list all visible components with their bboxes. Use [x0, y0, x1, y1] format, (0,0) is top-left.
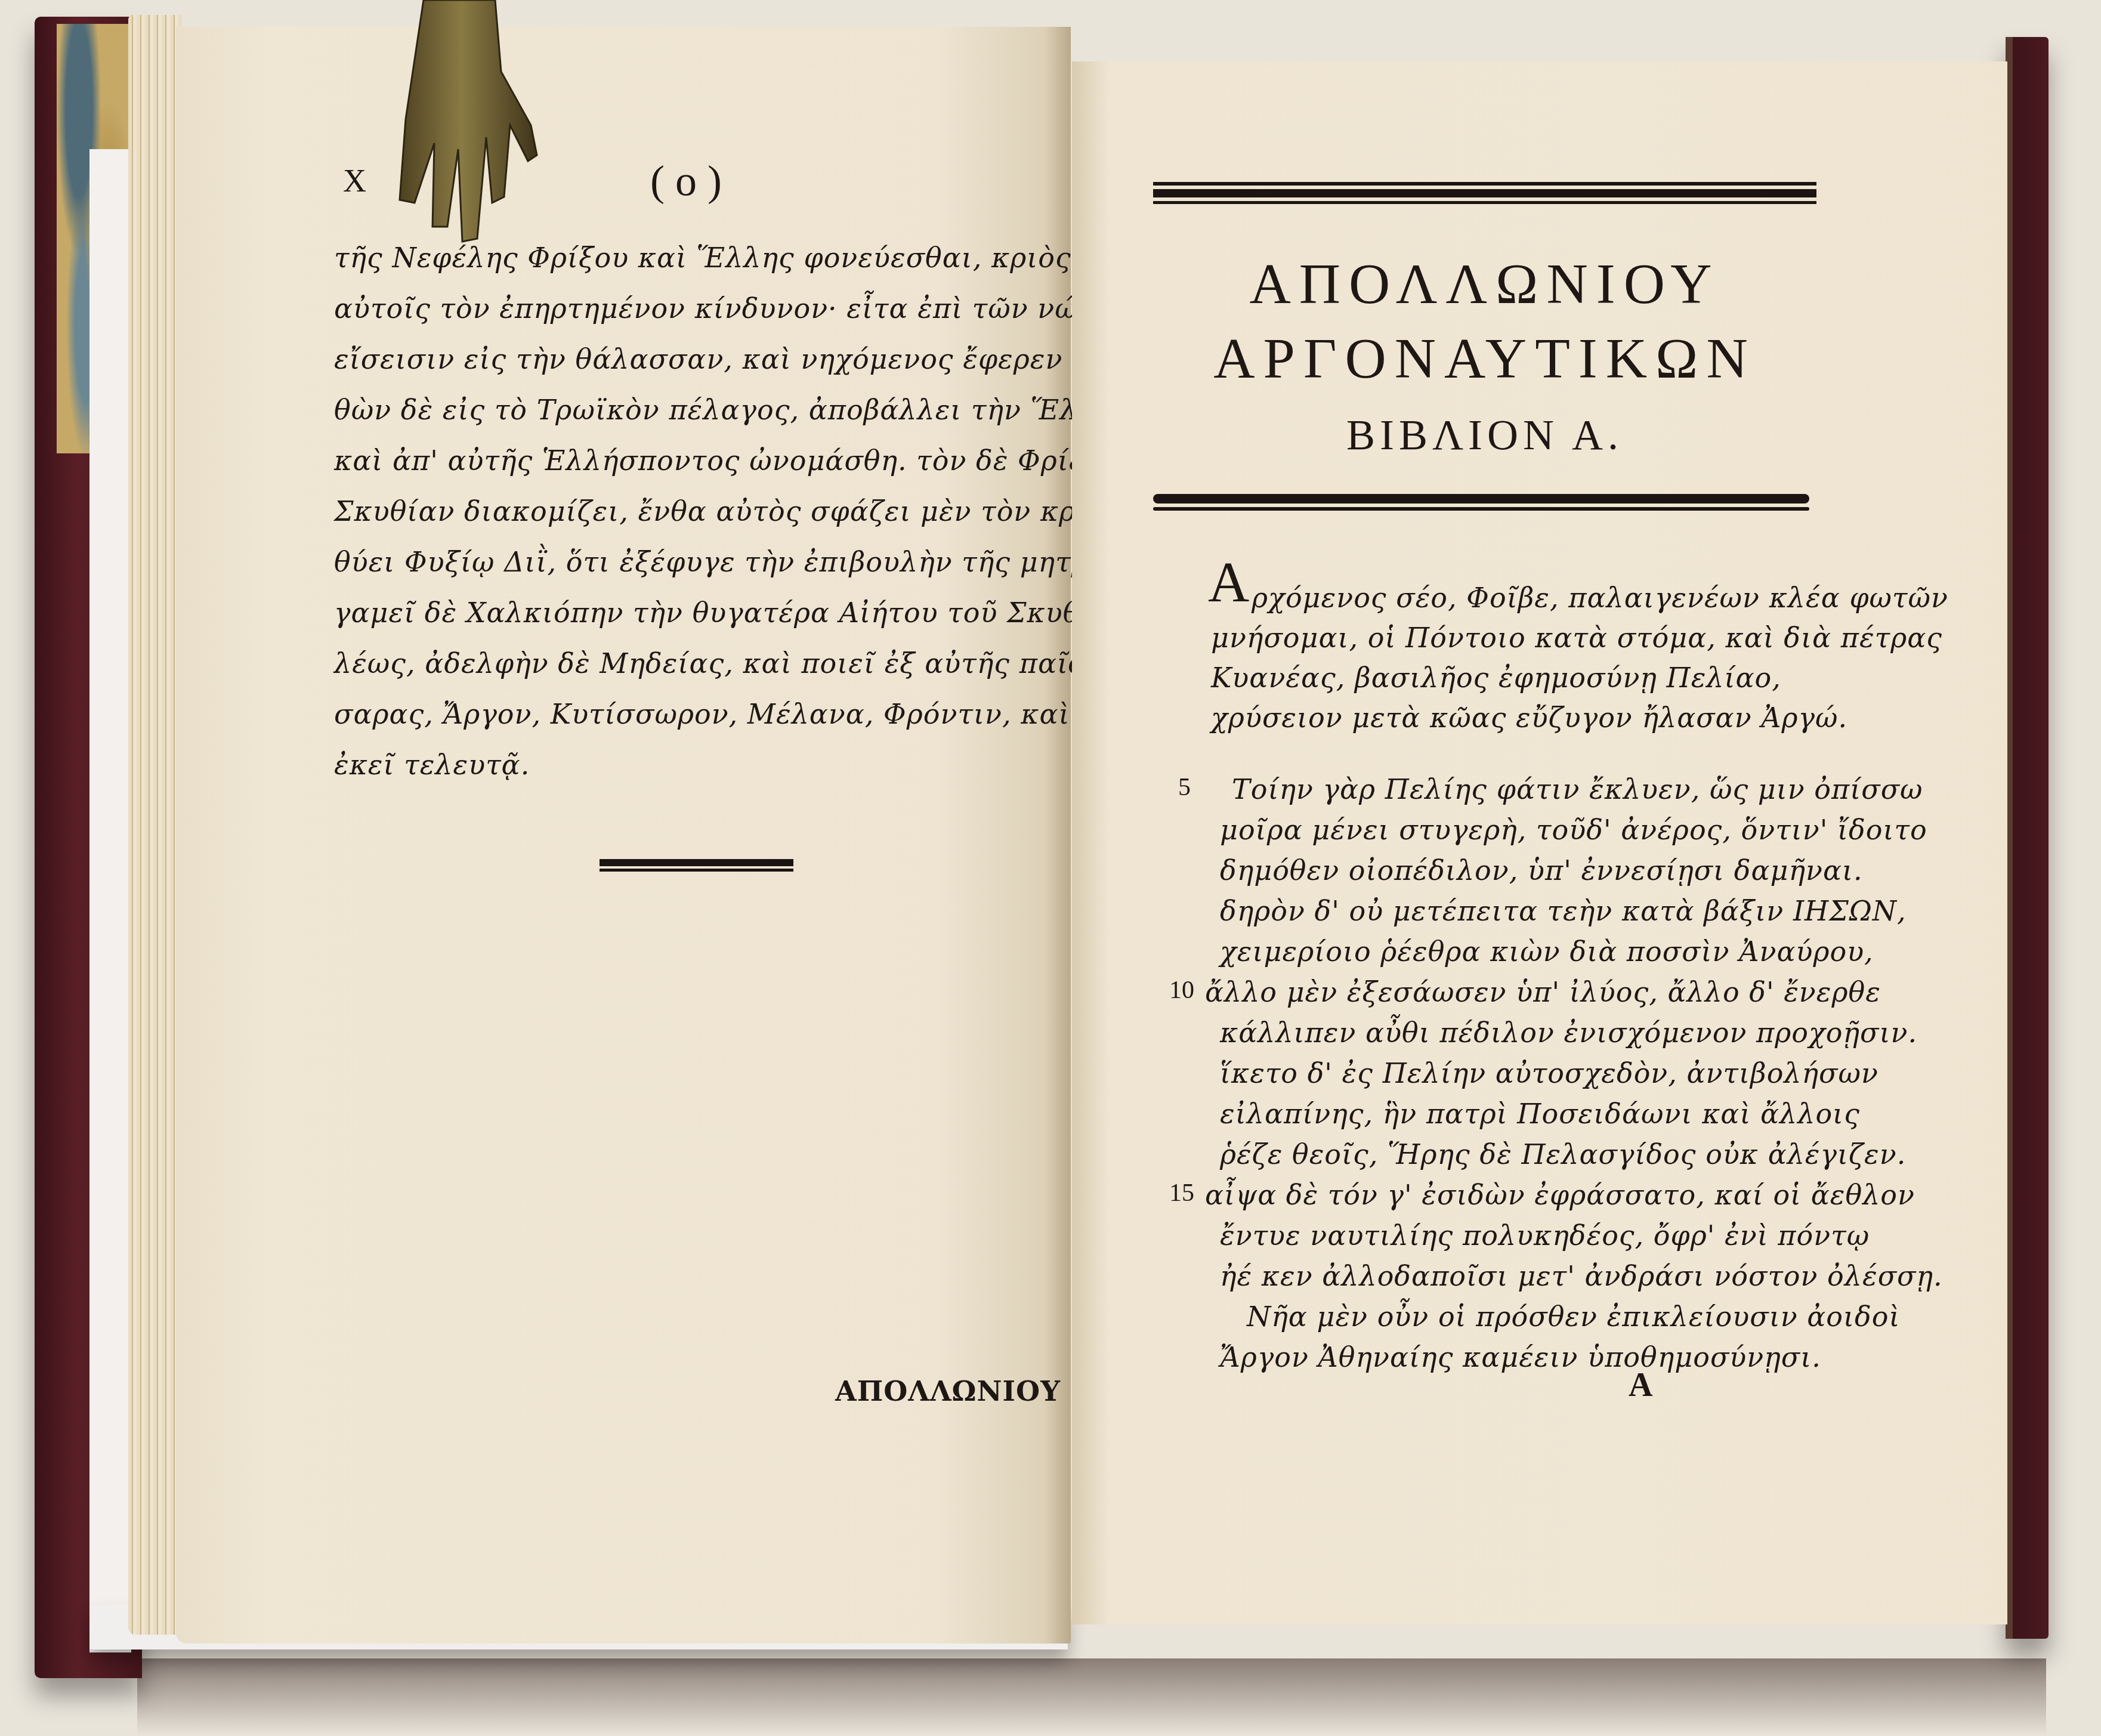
verse-line: δηρὸν δ' οὐ μετέπειτα τεὴν κατὰ βάξιν ΙΗ… [1220, 895, 1907, 927]
verse-line: Νῆα μὲν οὖν οἱ πρόσθεν ἐπικλείουσιν ἀοιδ… [1247, 1301, 1901, 1333]
catchword: ΑΠΟΛΛΩΝΙΟΥ [835, 1375, 1061, 1407]
text-line: ἐκεῖ τελευτᾷ. [334, 749, 530, 781]
verse-line: μοῖρα μένει στυγερὴ, τοῦδ' ἀνέρος, ὅντιν… [1220, 814, 1927, 846]
verse-line: μνήσομαι, οἱ Πόντοιο κατὰ στόμα, καὶ διὰ… [1211, 622, 1942, 654]
bottom-rule [1153, 494, 1809, 511]
verse-line: Ἄργον Ἀθηναίης καμέειν ὑποθημοσύνῃσι. [1220, 1341, 1821, 1373]
verse-line: Τοίην γὰρ Πελίης φάτιν ἔκλυεν, ὥς μιν ὀπ… [1232, 773, 1923, 805]
right-cover [2006, 37, 2049, 1639]
line-number: 5 [1178, 773, 1191, 802]
verse-line: χρύσειον μετὰ κῶας εὔζυγον ἤλασαν Ἀργώ. [1211, 702, 1847, 734]
verse-line: ρχόμενος σέο, Φοῖβε, παλαιγενέων κλέα φω… [1252, 582, 1948, 614]
text-line: σαρας, Ἄργον, Κυτίσσωρον, Μέλανα, Φρόντι… [334, 698, 1169, 730]
line-number: 15 [1169, 1179, 1194, 1207]
verse-line: αἶψα δὲ τόν γ' ἐσιδὼν ἐφράσσατο, καί οἱ … [1205, 1179, 1915, 1211]
verse-line: εἰλαπίνης, ἣν πατρὶ Ποσειδάωνι καὶ ἄλλοι… [1220, 1098, 1860, 1130]
page-edges [128, 15, 182, 1635]
verse-line: ῥέζε θεοῖς, Ἥρης δὲ Πελασγίδος οὐκ ἀλέγι… [1220, 1138, 1906, 1170]
book-label: ΒΙΒΛΙΟΝ Α. [1153, 410, 1816, 460]
title-author: ΑΠΟΛΛΩΝΙΟΥ [1153, 251, 1816, 317]
drop-cap: Α [1208, 549, 1249, 615]
page-number: ( ο ) [626, 156, 746, 206]
title-work: ΑΡΓΟΝΑΥΤΙΚΩΝ [1153, 325, 1816, 391]
verse-line: χειμερίοιο ῥέεθρα κιὼν διὰ ποσσὶν Ἀναύρο… [1220, 935, 1874, 968]
signature-mark-right: Α [1629, 1366, 1652, 1404]
text-line: θύει Φυξίῳ Διῒ, ὅτι ἐξέφυγε τὴν ἐπιβουλὴ… [334, 546, 1161, 578]
verse-line: ἠέ κεν ἀλλοδαποῖσι μετ' ἀνδράσι νόστον ὀ… [1220, 1260, 1943, 1292]
verse-line: ἔντυε ναυτιλίης πολυκηδέος, ὄφρ' ἐνὶ πόν… [1220, 1219, 1870, 1252]
text-line: λέως, ἀδελφὴν δὲ Μηδείας, καὶ ποιεῖ ἐξ α… [334, 647, 1190, 679]
line-number: 10 [1169, 976, 1194, 1005]
verse-line: ἄλλο μὲν ἐξεσάωσεν ὑπ' ἰλύος, ἄλλο δ' ἔν… [1205, 976, 1881, 1008]
hand-bookmark-icon [358, 0, 555, 251]
book-shadow [137, 1658, 2046, 1736]
left-endpaper [89, 149, 131, 1652]
text-line: Σκυθίαν διακομίζει, ἔνθα αὐτὸς σφάζει μὲ… [334, 495, 1189, 527]
verse-line: ἵκετο δ' ἐς Πελίην αὐτοσχεδὸν, ἀντιβολήσ… [1220, 1057, 1878, 1089]
top-rule [1153, 182, 1816, 204]
verse-line: κάλλιπεν αὖθι πέδιλον ἐνισχόμενον προχοῇ… [1220, 1017, 1917, 1049]
verse-line: δημόθεν οἰοπέδιλον, ὑπ' ἐννεσίῃσι δαμῆνα… [1220, 854, 1863, 886]
verse-line: Κυανέας, βασιλῆος ἐφημοσύνῃ Πελίαο, [1211, 662, 1781, 694]
ornament-divider [600, 859, 793, 872]
